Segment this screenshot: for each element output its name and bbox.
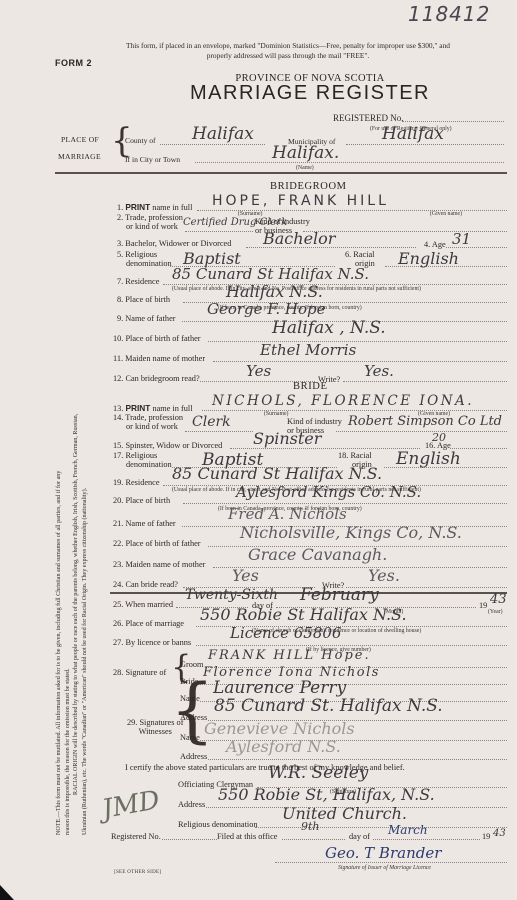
- bride-birthplace-field[interactable]: [183, 503, 507, 504]
- groom-read-value: Yes: [246, 362, 271, 380]
- witness-1-address-value: 85 Cunard St. Halifax N.S.: [214, 696, 443, 716]
- groom-father-birth-field[interactable]: [208, 341, 507, 342]
- groom-residence-label: 7. Residence: [117, 277, 159, 286]
- bride-mother-label: 23. Maiden name of mother: [113, 560, 205, 569]
- bride-surname-note: (Surname): [264, 411, 288, 417]
- groom-residence-field[interactable]: [163, 284, 507, 285]
- mail-notice-line1: This form, if placed in an envelope, mar…: [88, 41, 488, 51]
- mail-notice-line2: properly addressed will pass through the…: [88, 51, 488, 61]
- groom-given-note: (Given name): [430, 211, 462, 217]
- bride-read-label: 24. Can bride read?: [113, 580, 178, 589]
- place-of-label-2: MARRIAGE: [58, 152, 101, 161]
- filing-registered-field[interactable]: [162, 839, 217, 840]
- bride-father-birth-label: 22. Place of birth of father: [113, 539, 201, 548]
- clergyman-address-label: Address: [178, 800, 205, 809]
- city-field[interactable]: [195, 162, 504, 163]
- witness-2-address-field[interactable]: [208, 759, 507, 760]
- groom-residence-value: 85 Cunard St Halifax N.S.: [172, 265, 369, 283]
- county-field[interactable]: [160, 144, 265, 145]
- bride-trade-value: Clerk: [192, 414, 231, 430]
- signature-of-label: 28. Signature of: [113, 668, 166, 677]
- bride-racial-value: English: [396, 449, 461, 469]
- place-of-marriage-label: 26. Place of marriage: [113, 619, 184, 628]
- bride-name-label: 13. PRINT name in full: [113, 403, 193, 413]
- bride-industry-value: Robert Simpson Co Ltd: [348, 414, 502, 429]
- filing-registered-label: Registered No.: [111, 832, 161, 841]
- groom-age-value: 31: [452, 230, 471, 248]
- when-married-label: 25. When married: [113, 600, 173, 609]
- registered-no-field[interactable]: [402, 121, 504, 122]
- groom-status-value: Bachelor: [263, 229, 335, 248]
- margin-note-line1: NOTE.—This form must not be mutilated. A…: [55, 215, 64, 835]
- bride-residence-value: 85 Cunard St Halifax N.S.: [172, 464, 382, 483]
- witness-2-name-label: Name: [180, 733, 200, 742]
- witness-2-name-value: Genevieve Nichols: [204, 719, 355, 738]
- registered-no-label: REGISTERED No.: [333, 113, 404, 123]
- bride-name-field[interactable]: [202, 410, 507, 411]
- denomination-field[interactable]: [255, 827, 507, 828]
- city-label: If in City or Town: [125, 155, 180, 164]
- issuer-signature-value: Geo. T Brander: [325, 844, 441, 862]
- page-title: MARRIAGE REGISTER: [120, 82, 500, 105]
- bride-father-birth-value: Nicholsville, Kings Co, N.S.: [240, 523, 462, 542]
- filed-label: Filed at this office: [217, 832, 277, 841]
- groom-trade-field[interactable]: [185, 231, 253, 232]
- licence-label: 27. By licence or banns: [113, 638, 191, 647]
- county-value: Halifax: [192, 124, 254, 144]
- licence-value: Licence 65806: [230, 624, 341, 642]
- filed-year-prefix: 19: [482, 832, 490, 841]
- bride-religion-label: 17. Religiousdenomination: [113, 452, 172, 469]
- document-number: 118412: [408, 2, 490, 26]
- issuer-signature-field[interactable]: [275, 862, 507, 863]
- groom-read-label: 12. Can bridegroom read?: [113, 374, 200, 383]
- issuer-note: Signature of Issuer of Marriage Licence: [338, 865, 431, 871]
- bride-heading: BRIDE: [293, 381, 328, 392]
- groom-father-birth-value: Halifax , N.S.: [272, 318, 386, 338]
- bride-mother-value: Grace Cavanagh.: [248, 545, 387, 564]
- filed-month-field[interactable]: [373, 839, 480, 840]
- groom-religion-label: 5. Religiousdenomination: [117, 251, 172, 268]
- county-label: County of: [125, 136, 156, 145]
- section-divider: [55, 172, 507, 174]
- groom-father-label: 9. Name of father: [117, 314, 176, 323]
- bride-status-field[interactable]: [230, 448, 420, 449]
- city-note: (Name): [296, 165, 314, 171]
- bride-status-label: 15. Spinster, Widow or Divorced: [113, 441, 222, 450]
- denomination-label: Religious denomination: [178, 820, 258, 829]
- groom-mother-label: 11. Maiden name of mother: [113, 354, 205, 363]
- margin-note-line3: RACIAL ORIGIN will be described by stati…: [72, 215, 81, 835]
- bride-trade-label: 14. Trade, professionor kind of work: [113, 414, 183, 431]
- filed-day-value: 9th: [301, 820, 320, 833]
- margin-note: NOTE.—This form must not be mutilated. A…: [55, 215, 89, 835]
- form-label: FORM 2: [55, 58, 92, 68]
- groom-name-value: HOPE, FRANK HILL: [212, 193, 389, 209]
- clergyman-address-value: 550 Robie St, Halifax, N.S.: [218, 785, 435, 804]
- bride-age-value: 20: [432, 431, 446, 444]
- bride-industry-field[interactable]: [336, 431, 507, 432]
- groom-status-label: 3. Bachelor, Widower or Divorced: [117, 239, 231, 248]
- filed-month-value: March: [388, 823, 428, 837]
- year-prefix: 19: [479, 601, 487, 610]
- city-value: Halifax.: [272, 143, 339, 163]
- witness-1-name-label: Name: [180, 694, 200, 703]
- when-month-value: February: [300, 585, 379, 605]
- bride-father-label: 21. Name of father: [113, 519, 176, 528]
- bride-residence-label: 19. Residence: [113, 478, 160, 487]
- groom-signature-value: FRANK HILL Hope.: [208, 648, 371, 663]
- groom-mother-value: Ethel Morris: [260, 341, 356, 359]
- corner-mark-icon: [0, 885, 14, 900]
- bride-status-value: Spinster: [253, 429, 321, 448]
- municipality-field[interactable]: [346, 144, 504, 145]
- place-of-label-1: PLACE OF: [61, 135, 99, 144]
- filed-year-value: 43: [493, 828, 506, 839]
- bride-birthplace-value: Aylesford Kings Co. N.S.: [236, 483, 421, 501]
- mail-notice: This form, if placed in an envelope, mar…: [88, 41, 488, 61]
- municipality-value: Halifax: [382, 124, 444, 144]
- groom-racial-value: English: [398, 249, 459, 268]
- groom-father-birth-label: 10. Place of birth of father: [113, 334, 201, 343]
- groom-father-value: George F. Hope: [207, 300, 326, 318]
- margin-note-line4: Ukrainian (Ruthenian), etc. The words "C…: [81, 215, 90, 835]
- licence-field[interactable]: [196, 645, 507, 646]
- bride-name-value: NICHOLS, FLORENCE IONA.: [212, 393, 474, 409]
- groom-name-label: 1. PRINT name in full: [117, 202, 192, 212]
- bride-birthplace-label: 20. Place of birth: [113, 496, 170, 505]
- groom-write-value: Yes.: [364, 362, 394, 380]
- groom-trade-label: 2. Trade, professionor kind of work: [117, 214, 183, 231]
- witness-1-name-value: Laurence Perry: [213, 678, 346, 698]
- bridegroom-heading: BRIDEGROOM: [270, 181, 347, 192]
- bride-trade-field[interactable]: [185, 431, 253, 432]
- year-note: (Year): [488, 609, 503, 615]
- filed-day-field[interactable]: [282, 839, 345, 840]
- groom-birthplace-label: 8. Place of birth: [117, 295, 170, 304]
- groom-signature-label: Groom: [180, 660, 204, 669]
- place-of-marriage-value: 550 Robie St Halifax N.S.: [200, 605, 407, 624]
- year-value: 43: [490, 592, 507, 607]
- witness-2-address-value: Aylesford N.S.: [226, 737, 341, 756]
- initials-mark: JMD: [100, 785, 162, 825]
- clergyman-value: W.R. Seeley: [268, 763, 368, 783]
- bride-read-value: Yes: [232, 566, 259, 585]
- groom-age-label: 4. Age: [424, 240, 446, 249]
- see-other-side: [SEE OTHER SIDE]: [114, 870, 161, 875]
- bride-write-value: Yes.: [368, 566, 400, 585]
- groom-write-field[interactable]: [343, 381, 507, 382]
- witness-2-address-label: Address: [180, 752, 207, 761]
- groom-birthplace-value: Halifax N.S.: [226, 282, 323, 301]
- bride-father-value: Fred A. Nichols: [228, 505, 347, 523]
- margin-note-line2: reason this is impossible, the reason fo…: [64, 215, 73, 835]
- filed-day-of-label: day of: [349, 832, 370, 841]
